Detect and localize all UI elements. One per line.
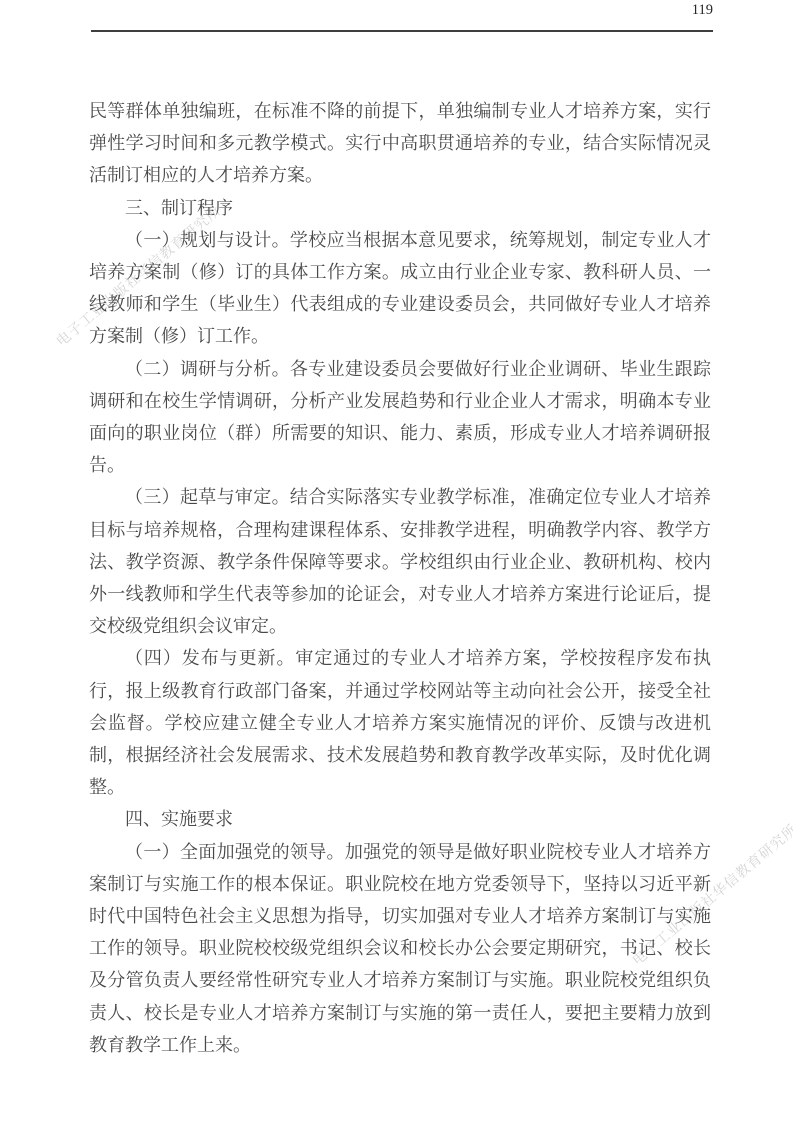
paragraph-continued: 民等群体单独编班，在标准不降的前提下，单独编制专业人才培养方案，实行弹性学习时间… [89,96,711,193]
document-page: 119 电子工业出版社华信教育研究所 电子工业出版社华信教育研究所 民等群体单独… [0,0,793,1122]
document-body: 民等群体单独编班，在标准不降的前提下，单独编制专业人才培养方案，实行弹性学习时间… [89,96,711,1062]
section-heading-3: 三、制订程序 [89,193,711,225]
paragraph-item-1: （一）规划与设计。学校应当根据本意见要求，统筹规划，制定专业人才培养方案制（修）… [89,225,711,354]
paragraph-item-5: （一）全面加强党的领导。加强党的领导是做好职业院校专业人才培养方案制订与实施工作… [89,837,711,1062]
paragraph-item-2: （二）调研与分析。各专业建设委员会要做好行业企业调研、毕业生跟踪调研和在校生学情… [89,354,711,483]
paragraph-item-4: （四）发布与更新。审定通过的专业人才培养方案，学校按程序发布执行，报上级教育行政… [89,643,711,804]
paragraph-item-3: （三）起草与审定。结合实际落实专业教学标准，准确定位专业人才培养目标与培养规格，… [89,482,711,643]
section-heading-4: 四、实施要求 [89,804,711,836]
header-rule [91,30,713,32]
page-number: 119 [91,2,713,19]
